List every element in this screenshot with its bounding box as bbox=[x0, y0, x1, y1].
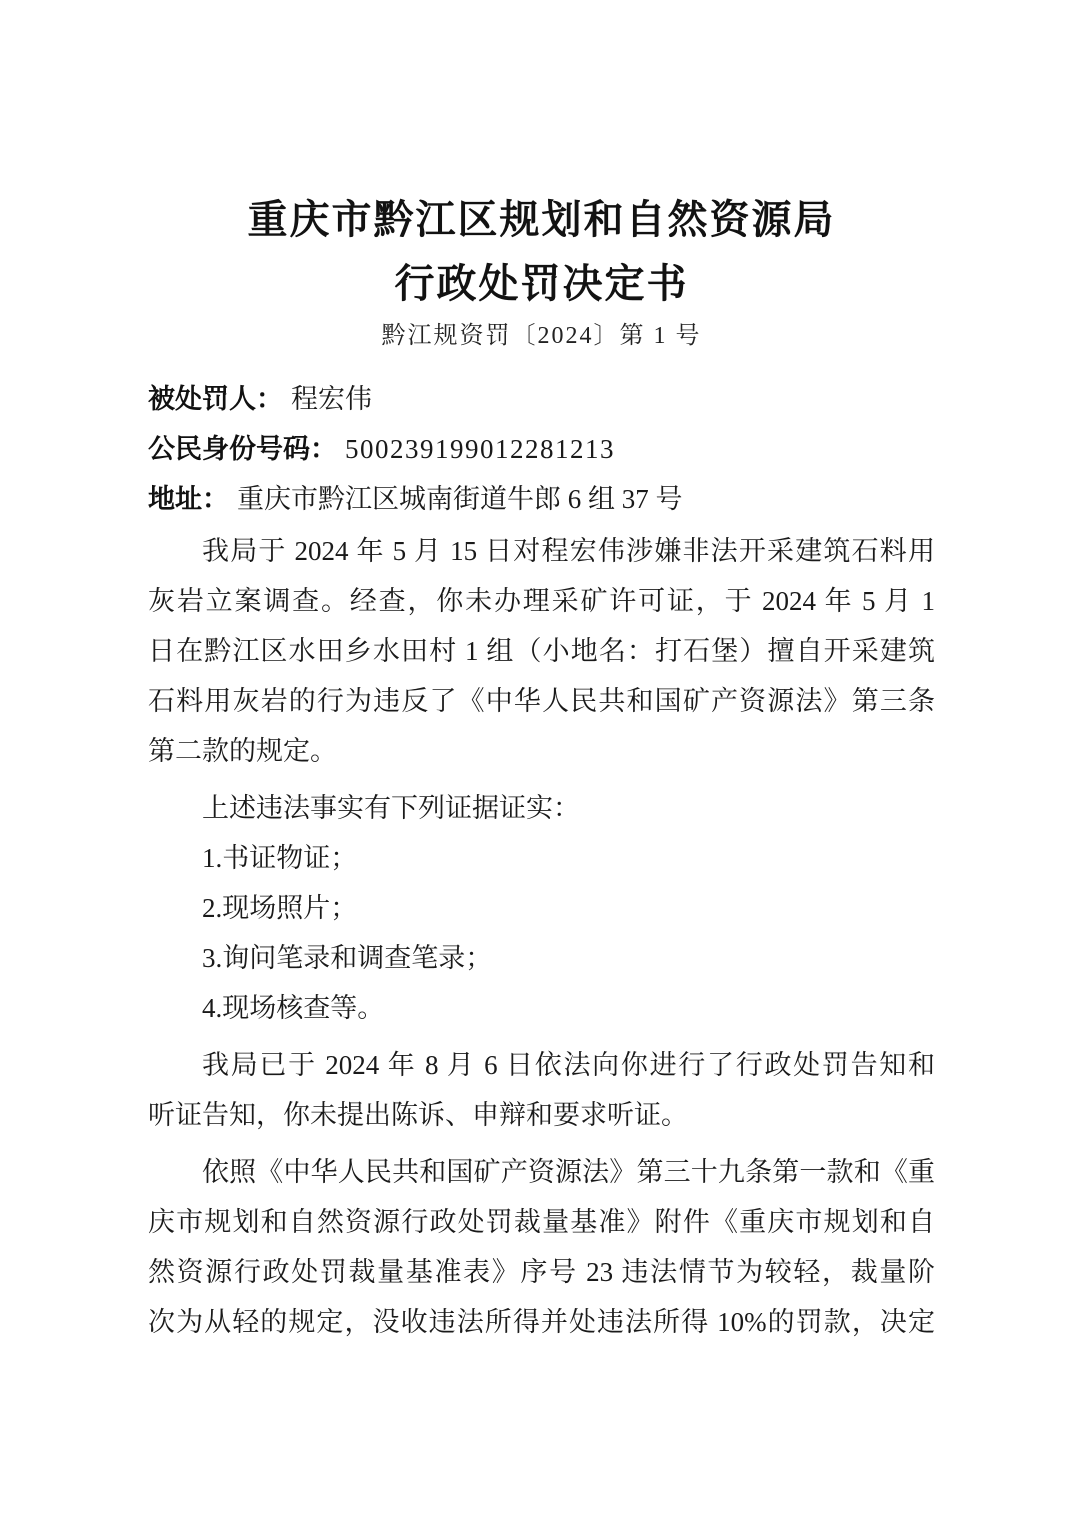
field-label: 被处罚人： bbox=[148, 384, 283, 414]
body-line: 灰岩立案调查。经查，你未办理采矿许可证，于 2024 年 5 月 1 bbox=[148, 576, 935, 626]
document-title-line1: 重庆市黔江区规划和自然资源局 bbox=[148, 188, 935, 252]
field-value: 500239199012281213 bbox=[345, 434, 615, 464]
party-fields: 被处罚人：程宏伟 公民身份号码：500239199012281213 地址：重庆… bbox=[148, 374, 935, 524]
body-line: 日在黔江区水田乡水田村 1 组（小地名：打石堡）擅自开采建筑 bbox=[148, 626, 935, 676]
field-value: 程宏伟 bbox=[291, 384, 372, 414]
document-body: 我局于 2024 年 5 月 15 日对程宏伟涉嫌非法开采建筑石料用 灰岩立案调… bbox=[148, 526, 935, 1347]
body-line: 4.现场核查等。 bbox=[148, 983, 935, 1033]
body-line: 听证告知，你未提出陈诉、申辩和要求听证。 bbox=[148, 1090, 935, 1140]
field-label: 地址： bbox=[148, 484, 229, 514]
body-line: 然资源行政处罚裁量基准表》序号 23 违法情节为较轻，裁量阶 bbox=[148, 1247, 935, 1297]
body-line: 上述违法事实有下列证据证实： bbox=[148, 783, 935, 833]
field-row-address: 地址：重庆市黔江区城南街道牛郎 6 组 37 号 bbox=[148, 474, 935, 524]
document-page: 重庆市黔江区规划和自然资源局 行政处罚决定书 黔江规资罚〔2024〕第 1 号 … bbox=[0, 0, 1074, 1530]
field-row-id-number: 公民身份号码：500239199012281213 bbox=[148, 424, 935, 474]
body-line: 庆市规划和自然资源行政处罚裁量基准》附件《重庆市规划和自 bbox=[148, 1197, 935, 1247]
body-line: 我局已于 2024 年 8 月 6 日依法向你进行了行政处罚告知和 bbox=[148, 1040, 935, 1090]
body-line: 2.现场照片； bbox=[148, 883, 935, 933]
field-row-penalized-person: 被处罚人：程宏伟 bbox=[148, 374, 935, 424]
body-line: 第二款的规定。 bbox=[148, 726, 935, 776]
body-line: 依照《中华人民共和国矿产资源法》第三十九条第一款和《重 bbox=[148, 1147, 935, 1197]
field-label: 公民身份号码： bbox=[148, 434, 337, 464]
body-line: 石料用灰岩的行为违反了《中华人民共和国矿产资源法》第三条 bbox=[148, 676, 935, 726]
body-line: 次为从轻的规定，没收违法所得并处违法所得 10%的罚款，决定 bbox=[148, 1297, 935, 1347]
body-line: 1.书证物证； bbox=[148, 833, 935, 883]
field-value: 重庆市黔江区城南街道牛郎 6 组 37 号 bbox=[237, 484, 683, 514]
document-content: 重庆市黔江区规划和自然资源局 行政处罚决定书 黔江规资罚〔2024〕第 1 号 … bbox=[148, 0, 935, 1347]
body-line: 3.询问笔录和调查笔录； bbox=[148, 933, 935, 983]
document-number: 黔江规资罚〔2024〕第 1 号 bbox=[148, 316, 935, 356]
document-title-line2: 行政处罚决定书 bbox=[148, 252, 935, 316]
body-line: 我局于 2024 年 5 月 15 日对程宏伟涉嫌非法开采建筑石料用 bbox=[148, 526, 935, 576]
